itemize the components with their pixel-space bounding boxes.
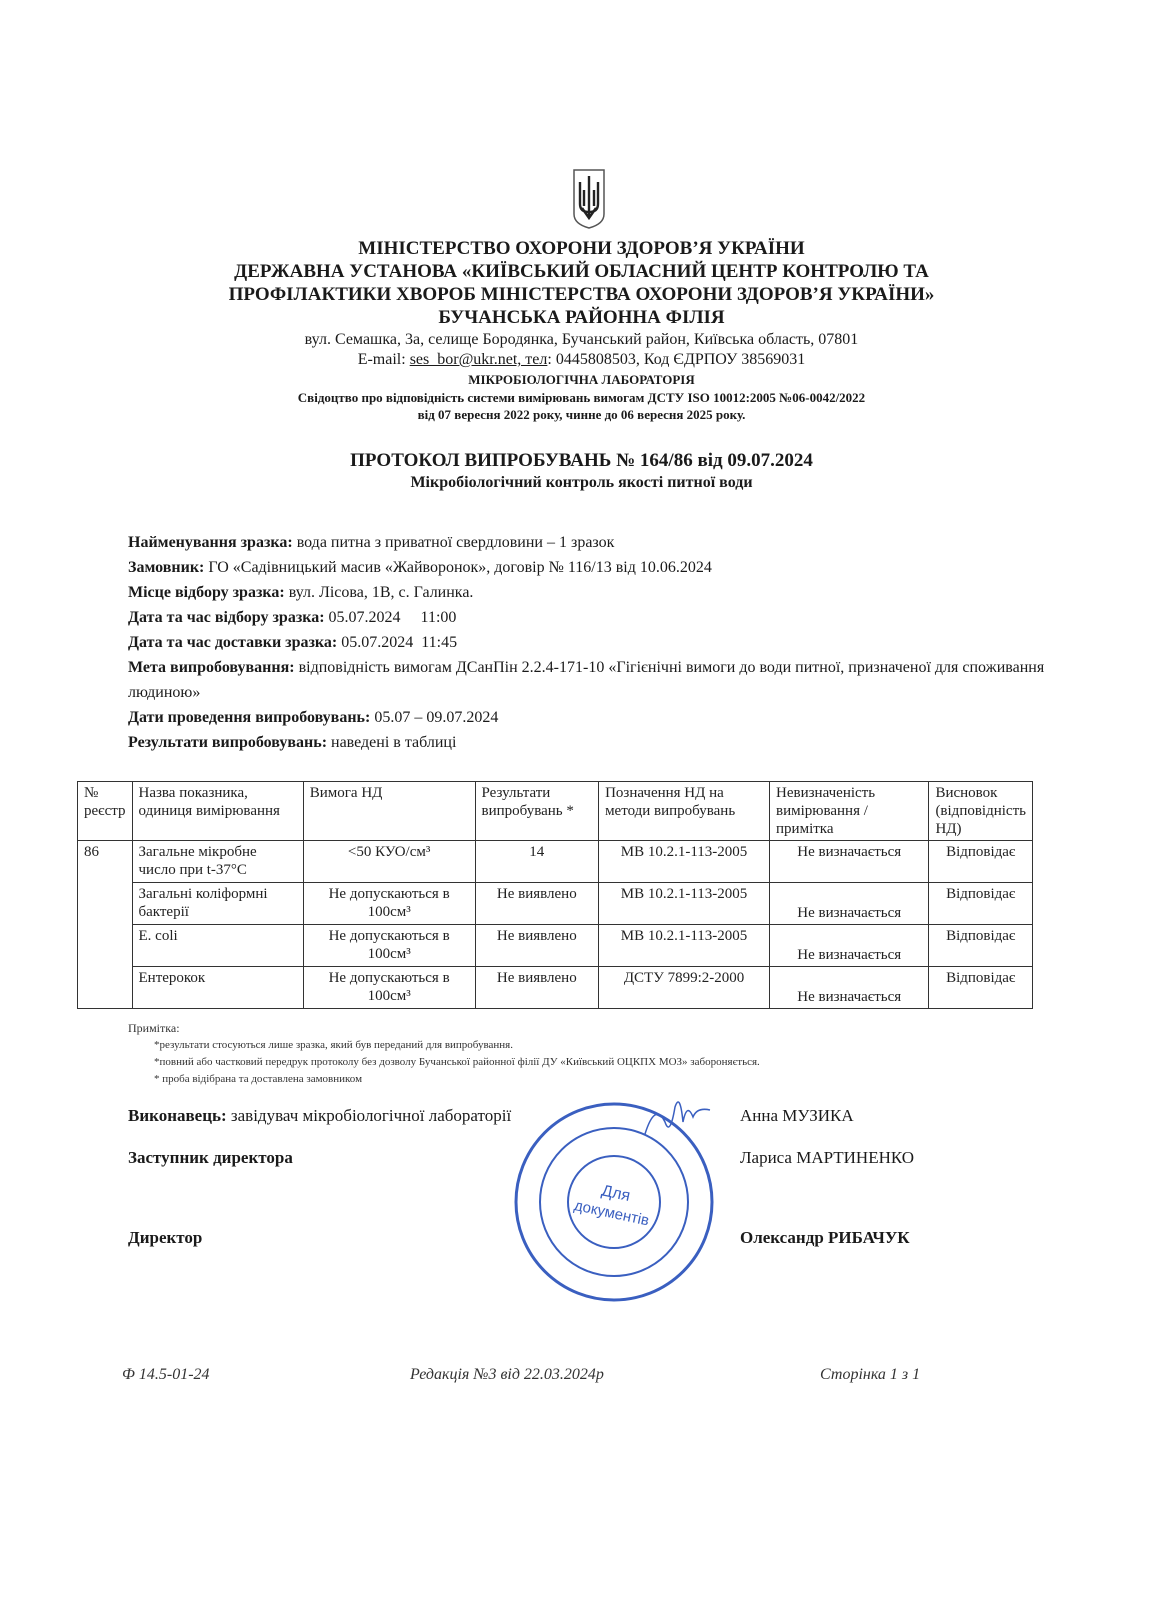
table-header-row: № реєстр Назва показника, одиниця вимірю… — [78, 782, 1033, 841]
branch-name: БУЧАНСЬКА РАЙОННА ФІЛІЯ — [0, 306, 1163, 329]
note-item: *результати стосуються лише зразка, який… — [128, 1037, 760, 1054]
indicator-name: Ентерокок — [132, 967, 303, 1009]
page-number: Сторінка 1 з 1 — [820, 1366, 920, 1384]
contacts: E-mail: ses_bor@ukr.net, тел: 0445808503… — [0, 350, 1163, 370]
deputy-director-label: Заступник директора — [128, 1148, 293, 1168]
conclusion: Відповідає — [929, 925, 1033, 967]
indicator-name: Загальне мікробне число при t-37°C — [132, 841, 303, 883]
header-conclusion: Висновок (відповідність НД) — [929, 782, 1033, 841]
register-number: 86 — [78, 841, 133, 1009]
institution-line-1: ДЕРЖАВНА УСТАНОВА «КИЇВСЬКИЙ ОБЛАСНИЙ ЦЕ… — [0, 260, 1163, 283]
indicator-name: E. coli — [132, 925, 303, 967]
method: МВ 10.2.1-113-2005 — [599, 883, 770, 925]
requirement: Не допускаються в 100см³ — [303, 925, 475, 967]
address: вул. Семашка, 3а, селище Бородянка, Буча… — [0, 330, 1163, 350]
table-row: Загальні коліформні бактерії Не допускаю… — [78, 883, 1033, 925]
svg-text:документів: документів — [573, 1197, 651, 1229]
conclusion: Відповідає — [929, 967, 1033, 1009]
header-uncertainty: Невизначеність вимірювання /примітка — [770, 782, 929, 841]
lab-name: МІКРОБІОЛОГІЧНА ЛАБОРАТОРІЯ — [0, 371, 1163, 388]
form-number: Ф 14.5-01-24 — [122, 1366, 210, 1384]
sample-info: Найменування зразка: вода питна з приват… — [128, 530, 1048, 755]
header-register-no: № реєстр — [78, 782, 133, 841]
uncertainty: Не визначається — [770, 925, 929, 967]
uncertainty: Не визначається — [770, 883, 929, 925]
note-item: * проба відібрана та доставлена замовник… — [128, 1071, 760, 1088]
notes: Примітка: *результати стосуються лише зр… — [128, 1020, 760, 1088]
field-test-dates: Дати проведення випробовувань: 05.07 – 0… — [128, 705, 1048, 730]
result: 14 — [475, 841, 599, 883]
protocol-title: ПРОТОКОЛ ВИПРОБУВАНЬ № 164/86 від 09.07.… — [0, 450, 1163, 472]
uncertainty: Не визначається — [770, 841, 929, 883]
field-sampling-place: Місце відбору зразка: вул. Лісова, 1В, с… — [128, 580, 1048, 605]
certificate-line-1: Свідоцтво про відповідність системи вимі… — [0, 389, 1163, 406]
field-customer: Замовник: ГО «Садівницький масив «Жайвор… — [128, 555, 1048, 580]
field-sample-name: Найменування зразка: вода питна з приват… — [128, 530, 1048, 555]
header-requirement: Вимога НД — [303, 782, 475, 841]
result: Не виявлено — [475, 925, 599, 967]
protocol-subtitle: Мікробіологічний контроль якості питної … — [0, 474, 1163, 492]
deputy-director-name: Лариса МАРТИНЕНКО — [740, 1148, 914, 1168]
indicator-name: Загальні коліформні бактерії — [132, 883, 303, 925]
revision: Редакція №3 від 22.03.2024р — [410, 1366, 604, 1384]
ukraine-coat-of-arms-icon — [572, 168, 606, 230]
method: МВ 10.2.1-113-2005 — [599, 925, 770, 967]
executor-line: Виконавець: завідувач мікробіологічної л… — [128, 1106, 511, 1126]
notes-title: Примітка: — [128, 1020, 760, 1037]
requirement: Не допускаються в 100см³ — [303, 967, 475, 1009]
note-item: *повний або частковий передрук протоколу… — [128, 1054, 760, 1071]
svg-text:Для: Для — [600, 1182, 632, 1205]
director-name: Олександр РИБАЧУК — [740, 1228, 910, 1248]
method: ДСТУ 7899:2-2000 — [599, 967, 770, 1009]
email-link[interactable]: ses_bor@ukr.net, тел — [410, 351, 548, 368]
result: Не виявлено — [475, 883, 599, 925]
conclusion: Відповідає — [929, 841, 1033, 883]
table-row: E. coli Не допускаються в 100см³ Не вияв… — [78, 925, 1033, 967]
header-result: Результати випробувань * — [475, 782, 599, 841]
official-stamp-icon: Для документів — [512, 1100, 716, 1304]
result: Не виявлено — [475, 967, 599, 1009]
uncertainty: Не визначається — [770, 967, 929, 1009]
field-test-results: Результати випробовувань: наведені в таб… — [128, 730, 1048, 755]
header-indicator-name: Назва показника, одиниця вимірювання — [132, 782, 303, 841]
table-row: 86 Загальне мікробне число при t-37°C <5… — [78, 841, 1033, 883]
field-delivery-datetime: Дата та час доставки зразка: 05.07.2024 … — [128, 630, 1048, 655]
executor-name: Анна МУЗИКА — [740, 1106, 854, 1126]
header-method: Позначення НД на методи випробувань — [599, 782, 770, 841]
contacts-rest: : 0445808503, Код ЄДРПОУ 38569031 — [547, 351, 805, 368]
certificate-line-2: від 07 вересня 2022 року, чинне до 06 ве… — [0, 406, 1163, 423]
field-sampling-datetime: Дата та час відбору зразка: 05.07.2024 1… — [128, 605, 1048, 630]
institution-line-2: ПРОФІЛАКТИКИ ХВОРОБ МІНІСТЕРСТВА ОХОРОНИ… — [0, 283, 1163, 306]
requirement: Не допускаються в 100см³ — [303, 883, 475, 925]
director-label: Директор — [128, 1228, 202, 1248]
ministry-name: МІНІСТЕРСТВО ОХОРОНИ ЗДОРОВ’Я УКРАЇНИ — [0, 237, 1163, 260]
conclusion: Відповідає — [929, 883, 1033, 925]
requirement: <50 КУО/см³ — [303, 841, 475, 883]
field-test-purpose: Мета випробовування: відповідність вимог… — [128, 655, 1048, 705]
results-table: № реєстр Назва показника, одиниця вимірю… — [77, 781, 1033, 1009]
protocol-page: МІНІСТЕРСТВО ОХОРОНИ ЗДОРОВ’Я УКРАЇНИ ДЕ… — [0, 0, 1163, 1600]
email-label: E-mail: — [358, 351, 410, 368]
table-row: Ентерокок Не допускаються в 100см³ Не ви… — [78, 967, 1033, 1009]
method: МВ 10.2.1-113-2005 — [599, 841, 770, 883]
